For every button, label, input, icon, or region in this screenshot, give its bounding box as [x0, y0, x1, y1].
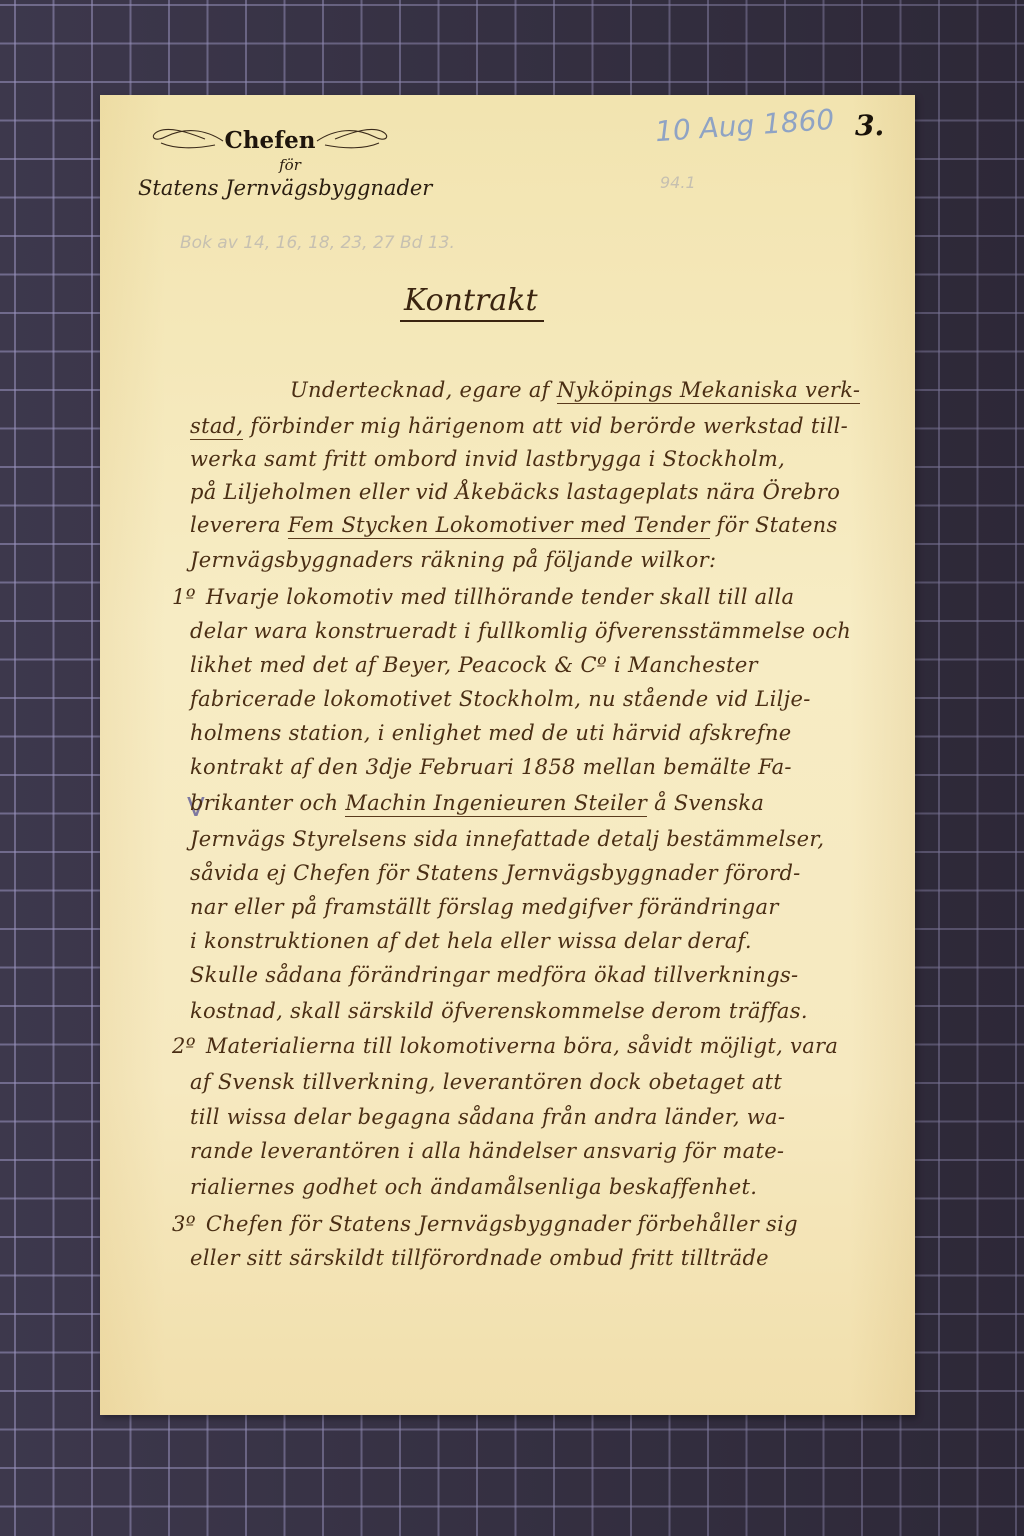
line-text: rande leverantören i alla händelser ansv…	[190, 1139, 784, 1163]
line-text: nar eller på framställt förslag medgifve…	[190, 895, 779, 919]
contract-line: stad, förbinder mig härigenom att vid be…	[190, 414, 848, 438]
line-text: kostnad, skall särskild öfverenskommelse…	[190, 999, 808, 1023]
contract-line: Skulle sådana förändringar medföra ökad …	[190, 963, 798, 987]
clause-number: 2º	[172, 1034, 196, 1058]
pencil-note-top-right: 94.1	[660, 173, 696, 192]
line-text: delar wara konstrueradt i fullkomlig öfv…	[190, 619, 851, 643]
clause-number: 1º	[172, 585, 196, 609]
line-text: Jernvägs Styrelsens sida innefattade det…	[190, 827, 824, 851]
document-page: 10 Aug 1860 3. 94.1 Chefen för Statens J…	[100, 95, 915, 1415]
letterhead: Chefen för Statens Jernvägsbyggnader	[120, 127, 420, 200]
contract-line: rialiernes godhet och ändamålsenliga bes…	[190, 1175, 757, 1199]
line-text: på Liljeholmen eller vid Åkebäcks lastag…	[190, 480, 840, 504]
contract-line: såvida ej Chefen för Statens Jernvägsbyg…	[190, 861, 801, 885]
underlined-text: Fem Stycken Lokomotiver med Tender	[288, 513, 710, 539]
flourish-left-icon	[145, 119, 225, 159]
contract-line: kontrakt af den 3dje Februari 1858 mella…	[190, 755, 792, 779]
line-text: Undertecknad, egare af	[290, 378, 557, 402]
contract-line: delar wara konstrueradt i fullkomlig öfv…	[190, 619, 851, 643]
flourish-right-icon	[315, 119, 395, 159]
line-text: fabricerade lokomotivet Stockholm, nu st…	[190, 687, 811, 711]
numbered-clause-line: 1ºHvarje lokomotiv med tillhörande tende…	[172, 585, 794, 609]
contract-line: af Svensk tillverkning, leverantören doc…	[190, 1070, 782, 1094]
line-text: för Statens	[710, 513, 838, 537]
pencil-reference-note: Bok av 14, 16, 18, 23, 27 Bd 13.	[180, 233, 455, 253]
line-text: brikanter och	[190, 791, 345, 815]
page-number: 3.	[855, 109, 884, 142]
line-text: kontrakt af den 3dje Februari 1858 mella…	[190, 755, 792, 779]
line-text: leverera	[190, 513, 288, 537]
letterhead-title: Chefen	[155, 127, 386, 154]
contract-line: rande leverantören i alla händelser ansv…	[190, 1139, 784, 1163]
document-title: Kontrakt	[400, 283, 544, 322]
line-text: förbinder mig härigenom att vid berörde …	[243, 414, 848, 438]
line-text: af Svensk tillverkning, leverantören doc…	[190, 1070, 782, 1094]
line-text: Materialierna till lokomotiverna böra, s…	[206, 1034, 838, 1058]
contract-line: leverera Fem Stycken Lokomotiver med Ten…	[190, 513, 838, 537]
underlined-text: Nyköpings Mekaniska verk-	[557, 378, 861, 404]
contract-line: Jernvägsbyggnaders räkning på följande w…	[190, 548, 716, 572]
line-text: i konstruktionen af det hela eller wissa…	[190, 929, 752, 953]
line-text: till wissa delar begagna sådana från and…	[190, 1105, 785, 1129]
contract-line: kostnad, skall särskild öfverenskommelse…	[190, 999, 808, 1023]
underlined-text: Machin Ingenieuren Steiler	[345, 791, 647, 817]
contract-line: Jernvägs Styrelsens sida innefattade det…	[190, 827, 824, 851]
contract-line: på Liljeholmen eller vid Åkebäcks lastag…	[190, 480, 840, 504]
contract-line: eller sitt särskildt tillförordnade ombu…	[190, 1246, 769, 1270]
clause-number: 3º	[172, 1212, 196, 1236]
contract-line: likhet med det af Beyer, Peacock & Cº i …	[190, 653, 758, 677]
line-text: Jernvägsbyggnaders räkning på följande w…	[190, 548, 716, 572]
letterhead-agency: Statens Jernvägsbyggnader	[120, 176, 420, 200]
underlined-text: stad,	[190, 414, 243, 440]
contract-line: fabricerade lokomotivet Stockholm, nu st…	[190, 687, 811, 711]
contract-line: werka samt fritt ombord invid lastbrygga…	[190, 447, 785, 471]
archive-date-note: 10 Aug 1860	[654, 103, 835, 148]
contract-line: brikanter och Machin Ingenieuren Steiler…	[190, 791, 764, 815]
line-text: likhet med det af Beyer, Peacock & Cº i …	[190, 653, 758, 677]
line-text: werka samt fritt ombord invid lastbrygga…	[190, 447, 785, 471]
line-text: rialiernes godhet och ändamålsenliga bes…	[190, 1175, 757, 1199]
contract-line: holmens station, i enlighet med de uti h…	[190, 721, 792, 745]
contract-line: i konstruktionen af det hela eller wissa…	[190, 929, 752, 953]
line-text: såvida ej Chefen för Statens Jernvägsbyg…	[190, 861, 801, 885]
contract-line: nar eller på framställt förslag medgifve…	[190, 895, 779, 919]
line-text: å Svenska	[647, 791, 764, 815]
contract-line: Undertecknad, egare af Nyköpings Mekanis…	[290, 378, 860, 402]
line-text: Hvarje lokomotiv med tillhörande tender …	[206, 585, 795, 609]
line-text: Skulle sådana förändringar medföra ökad …	[190, 963, 798, 987]
contract-line: till wissa delar begagna sådana från and…	[190, 1105, 785, 1129]
line-text: holmens station, i enlighet med de uti h…	[190, 721, 792, 745]
line-text: eller sitt särskildt tillförordnade ombu…	[190, 1246, 769, 1270]
line-text: Chefen för Statens Jernvägsbyggnader för…	[206, 1212, 798, 1236]
numbered-clause-line: 3ºChefen för Statens Jernvägsbyggnader f…	[172, 1212, 798, 1236]
numbered-clause-line: 2ºMaterialierna till lokomotiverna böra,…	[172, 1034, 838, 1058]
